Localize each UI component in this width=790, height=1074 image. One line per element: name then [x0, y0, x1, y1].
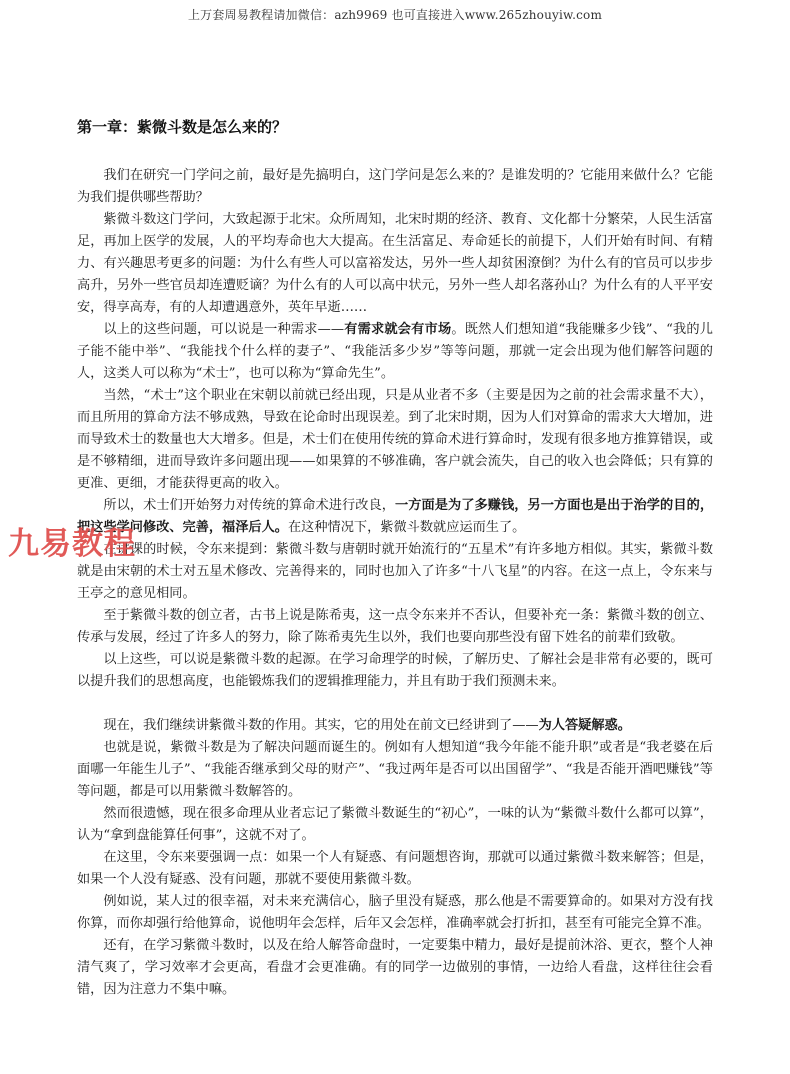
paragraph: 也就是说，紫微斗数是为了解决问题而诞生的。例如有人想知道“我今年能不能升职”或者… [77, 737, 713, 803]
emphasis-text: 为人答疑解惑。 [539, 718, 631, 733]
paragraph: 我们在研究一门学问之前，最好是先搞明白，这门学问是怎么来的？是谁发明的？它能用来… [77, 165, 713, 209]
paragraph: 还有，在学习紫微斗数时，以及在给人解答命盘时，一定要集中精力，最好是提前沐浴、更… [77, 935, 713, 1001]
paragraph: 至于紫微斗数的创立者，古书上说是陈希夷，这一点令东来并不否认，但要补充一条：紫微… [77, 605, 713, 649]
emphasis-text: 有需求就会有市场 [344, 322, 451, 337]
paragraph-text: 在讲课的时候，令东来提到：紫微斗数与唐朝时就开始流行的“五星术”有许多地方相似。… [77, 542, 713, 601]
chapter-title: 第一章：紫微斗数是怎么来的？ [77, 116, 713, 137]
paragraph: 然而很遗憾，现在很多命理从业者忘记了紫微斗数诞生的“初心”，一味的认为“紫微斗数… [77, 803, 713, 847]
watermark-logo: 九易教程 [8, 518, 136, 563]
paragraph: 在这里，令东来要强调一点：如果一个人有疑惑、有问题想咨询，那就可以通过紫微斗数来… [77, 847, 713, 891]
paragraph-text: 以上这些，可以说是紫微斗数的起源。在学习命理学的时候，了解历史、了解社会是非常有… [77, 652, 713, 689]
paragraph-text: 例如说，某人过的很幸福，对未来充满信心，脑子里没有疑惑，那么他是不需要算命的。如… [77, 894, 713, 931]
paragraph: 现在，我们继续讲紫微斗数的作用。其实，它的用处在前文已经讲到了——为人答疑解惑。 [77, 715, 713, 737]
paragraph-text: 我们在研究一门学问之前，最好是先搞明白，这门学问是怎么来的？是谁发明的？它能用来… [77, 168, 713, 205]
paragraph-text: 在这种情况下，紫微斗数就应运而生了。 [288, 520, 525, 535]
paragraph: 例如说，某人过的很幸福，对未来充满信心，脑子里没有疑惑，那么他是不需要算命的。如… [77, 891, 713, 935]
paragraph-text: 在这里，令东来要强调一点：如果一个人有疑惑、有问题想咨询，那就可以通过紫微斗数来… [77, 850, 713, 887]
paragraph-text: 以上的这些问题，可以说是一种需求—— [103, 322, 344, 337]
paragraph: 以上这些，可以说是紫微斗数的起源。在学习命理学的时候，了解历史、了解社会是非常有… [77, 649, 713, 693]
paragraph-text: 然而很遗憾，现在很多命理从业者忘记了紫微斗数诞生的“初心”，一味的认为“紫微斗数… [77, 806, 713, 843]
paragraph-text: 现在，我们继续讲紫微斗数的作用。其实，它的用处在前文已经讲到了—— [103, 718, 538, 733]
paragraph-text: 也就是说，紫微斗数是为了解决问题而诞生的。例如有人想知道“我今年能不能升职”或者… [77, 740, 713, 799]
document-body: 我们在研究一门学问之前，最好是先搞明白，这门学问是怎么来的？是谁发明的？它能用来… [77, 165, 713, 1001]
paragraph: 紫微斗数这门学问，大致起源于北宋。众所周知，北宋时期的经济、教育、文化都十分繁荣… [77, 209, 713, 319]
paragraph-text: 当然，“术士”这个职业在宋朝以前就已经出现，只是从业者不多（主要是因为之前的社会… [77, 388, 713, 491]
paragraph: 当然，“术士”这个职业在宋朝以前就已经出现，只是从业者不多（主要是因为之前的社会… [77, 385, 713, 495]
document-page: 第一章：紫微斗数是怎么来的？ 我们在研究一门学问之前，最好是先搞明白，这门学问是… [77, 116, 713, 1001]
paragraph-spacer [77, 693, 713, 715]
paragraph-text: 所以，术士们开始努力对传统的算命术进行改良， [103, 498, 395, 513]
paragraph: 所以，术士们开始努力对传统的算命术进行改良，一方面是为了多赚钱，另一方面也是出于… [77, 495, 713, 539]
paragraph: 在讲课的时候，令东来提到：紫微斗数与唐朝时就开始流行的“五星术”有许多地方相似。… [77, 539, 713, 605]
paragraph: 以上的这些问题，可以说是一种需求——有需求就会有市场。既然人们想知道“我能赚多少… [77, 319, 713, 385]
header-banner: 上万套周易教程请加微信：azh9969 也可直接进入www.265zhouyiw… [0, 6, 790, 23]
paragraph-text: 紫微斗数这门学问，大致起源于北宋。众所周知，北宋时期的经济、教育、文化都十分繁荣… [77, 212, 713, 315]
paragraph-text: 至于紫微斗数的创立者，古书上说是陈希夷，这一点令东来并不否认，但要补充一条：紫微… [77, 608, 713, 645]
paragraph-text: 还有，在学习紫微斗数时，以及在给人解答命盘时，一定要集中精力，最好是提前沐浴、更… [77, 938, 713, 997]
